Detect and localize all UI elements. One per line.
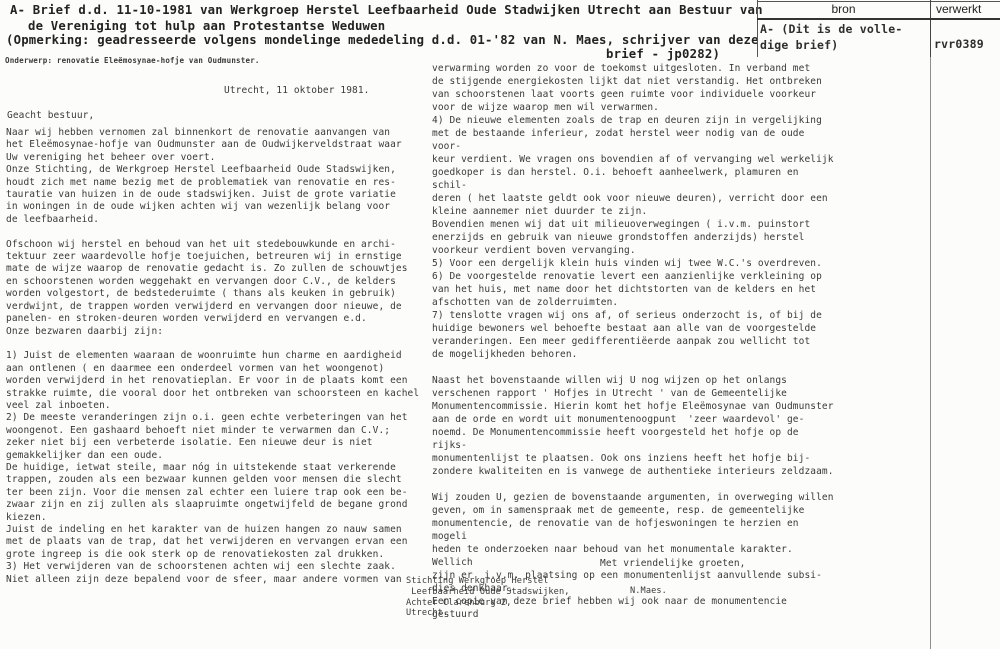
letter-dateline: Utrecht, 11 oktober 1981. xyxy=(224,85,370,96)
letter-salutation: Geacht bestuur, xyxy=(7,110,94,121)
signature-name: N.Maes. xyxy=(630,586,667,596)
archive-header-line-1: A- Brief d.d. 11-10-1981 van Werkgroep H… xyxy=(10,3,763,17)
stamp-processed-code: rvr0389 xyxy=(934,37,984,53)
stamp-col-verwerkt-header: verwerkt xyxy=(936,2,981,16)
letter-left-column: Naar wij hebben vernomen zal binnenkort … xyxy=(6,127,421,586)
archive-header-line-3: (Opmerking: geadresseerde volgens mondel… xyxy=(6,33,759,47)
stamp-table-header-underline xyxy=(757,18,1000,20)
archive-header-line-2: de Vereniging tot hulp aan Protestantse … xyxy=(28,19,385,33)
stamp-source-value: A- (Dit is de volle- dige brief) xyxy=(760,22,928,53)
stamp-table-column-divider xyxy=(930,0,931,57)
page-fold-vertical-line xyxy=(930,0,931,649)
signature-organization: Stichting Werkgroep Herstel Leefbaarheid… xyxy=(406,576,570,619)
subject-line: Onderwerp: renovatie Eleëmosynae-hofje v… xyxy=(5,56,260,65)
letter-right-column: verwarming worden zo voor de toekomst ui… xyxy=(432,62,834,621)
stamp-col-bron-header: bron xyxy=(757,2,930,16)
letter-closing: Met vriendelijke groeten, xyxy=(600,558,746,569)
scanned-letter-page: A- Brief d.d. 11-10-1981 van Werkgroep H… xyxy=(0,0,1000,649)
archive-header-line-4: brief - jp0282) xyxy=(606,47,720,61)
